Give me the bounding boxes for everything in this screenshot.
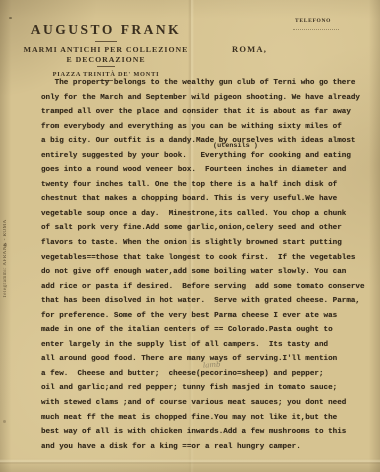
typed-line: chestnut that makes a chopping board. Th… xyxy=(41,192,375,207)
typed-line: vegetables==those that take longest to c… xyxy=(41,251,375,266)
typed-line: of salt pork very fine.Add some garlic,o… xyxy=(41,221,375,236)
typed-line: that has been disolved in hot water. Ser… xyxy=(41,294,375,309)
typed-line: do not give off enough water,add some bo… xyxy=(41,265,375,280)
pencil-note-annotation: lamb xyxy=(203,360,221,369)
typed-line: tramped all over the place and consider … xyxy=(41,105,375,120)
typed-line: made in one of the italian centers of ==… xyxy=(41,323,375,338)
scanned-letter-page: AUGUSTO FRANK MARMI ANTICHI PER COLLEZIO… xyxy=(0,0,380,472)
horizontal-fold-crease xyxy=(0,459,380,464)
typed-line: goes into a round wood veneer box. Fourt… xyxy=(41,163,375,178)
typed-line: The property belongs to the wealthy gun … xyxy=(41,76,375,91)
city-dateline: ROMA, xyxy=(232,44,267,54)
typed-line: much meat ff the meat is chopped fine.Yo… xyxy=(41,411,375,426)
typed-line: entirely suggested by your book. Everyth… xyxy=(41,149,375,164)
typed-insert-annotation: (utensils ) xyxy=(213,142,258,150)
typed-line: oil and garlic;and red pepper; tunny fis… xyxy=(41,381,375,396)
typed-line: for preference. Some of the very best Pa… xyxy=(41,309,375,324)
typed-line: a big city. Our outfit is a dandy.Made b… xyxy=(41,134,375,149)
letterhead-name: AUGUSTO FRANK xyxy=(22,22,190,38)
typed-line: from everybody and everything as you can… xyxy=(41,120,375,135)
typed-line: with stewed clams ;and of course various… xyxy=(41,396,375,411)
typed-line: add rice or pasta if desired. Before ser… xyxy=(41,280,375,295)
typed-line: vegetable soup once a day. Minestrone,it… xyxy=(41,207,375,222)
typed-line: and you have a disk for a king ==or a re… xyxy=(41,440,375,455)
paper-speck xyxy=(9,17,12,19)
letterhead-business-line2: E DECORAZIONE xyxy=(22,55,190,65)
typed-line: best way of all is with chicken inwards.… xyxy=(41,425,375,440)
telegrams-vertical-text: Telegrammi: AFRANK - ROMA xyxy=(3,168,15,298)
letterhead-rule xyxy=(97,66,115,67)
paper-speck xyxy=(3,420,6,423)
typed-letter-body: The property belongs to the wealthy gun … xyxy=(41,76,375,454)
letterhead: AUGUSTO FRANK MARMI ANTICHI PER COLLEZIO… xyxy=(22,22,190,84)
letterhead-rule xyxy=(95,41,117,42)
typed-line: only for the March and September wild pi… xyxy=(41,91,375,106)
telefono-label: TELEFONO xyxy=(295,18,331,24)
telefono-dotted-line xyxy=(293,29,339,30)
typed-line: flavors to taste. When the onion is slig… xyxy=(41,236,375,251)
typed-line: enter largely in the supply list of all … xyxy=(41,338,375,353)
letterhead-business-line1: MARMI ANTICHI PER COLLEZIONE xyxy=(22,45,190,55)
typed-line: twenty four inches tall. One the top the… xyxy=(41,178,375,193)
